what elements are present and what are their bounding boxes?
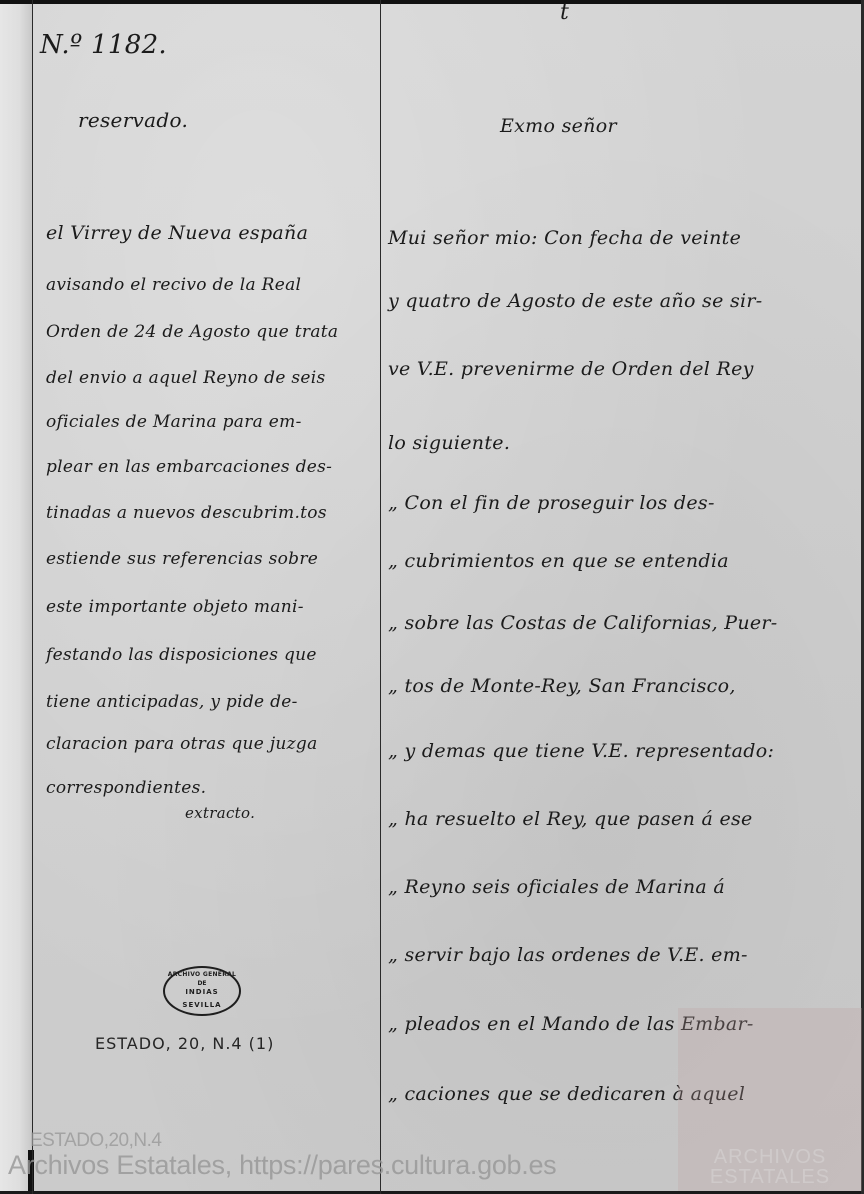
manuscript-page: N.º 1182. reservado. t el Virrey de Nuev… xyxy=(0,0,864,1194)
letter-line: „ y demas que tiene V.E. representado: xyxy=(388,740,774,762)
summary-line: oficiales de Marina para em- xyxy=(46,412,302,432)
summary-line: del envio a aquel Reyno de seis xyxy=(46,368,326,388)
folio-mark: t xyxy=(560,0,569,25)
document-number: N.º 1182. xyxy=(40,30,167,60)
page-top-edge xyxy=(0,0,864,4)
summary-line: claracion para otras que juzga xyxy=(46,734,318,754)
summary-line: correspondientes. xyxy=(46,778,206,798)
letter-line: ve V.E. prevenirme de Orden del Rey xyxy=(388,358,754,380)
stamp-line: INDIAS xyxy=(165,988,239,996)
summary-line: el Virrey de Nueva españa xyxy=(46,222,308,244)
summary-line: avisando el recivo de la Real xyxy=(46,275,301,295)
stamp-line: ARCHIVO GENERAL xyxy=(165,971,239,978)
letter-line: Mui señor mio: Con fecha de veinte xyxy=(388,227,741,249)
binding-margin xyxy=(0,0,32,1194)
archive-logo-watermark: ARCHIVOS ESTATALES xyxy=(678,1008,862,1191)
letter-line: „ ha resuelto el Rey, que pasen á ese xyxy=(388,808,753,830)
summary-line: Orden de 24 de Agosto que trata xyxy=(46,322,338,342)
summary-line: festando las disposiciones que xyxy=(46,645,317,665)
letter-line: y quatro de Agosto de este año se sir- xyxy=(388,290,763,312)
letter-line: „ sobre las Costas de Californias, Puer- xyxy=(388,612,778,634)
letter-line: „ servir bajo las ordenes de V.E. em- xyxy=(388,944,748,966)
summary-line: estiende sus referencias sobre xyxy=(46,549,318,569)
watermark-source: Archivos Estatales, https://pares.cultur… xyxy=(8,1150,556,1181)
summary-line: plear en las embarcaciones des- xyxy=(46,457,332,477)
letter-line: „ cubrimientos en que se entendia xyxy=(388,550,729,572)
logo-text: ARCHIVOS ESTATALES xyxy=(678,1147,862,1187)
letter-line: lo siguiente. xyxy=(388,432,510,454)
archive-reference: ESTADO, 20, N.4 (1) xyxy=(95,1034,274,1053)
column-divider-rule xyxy=(380,0,381,1194)
stamp-line: DE xyxy=(165,980,239,987)
summary-line: tiene anticipadas, y pide de- xyxy=(46,692,298,712)
left-margin-rule xyxy=(32,0,33,1194)
watermark-reference: ESTADO,20,N.4 xyxy=(30,1130,161,1152)
extract-label: extracto. xyxy=(185,804,255,822)
letter-line: „ tos de Monte-Rey, San Francisco, xyxy=(388,675,736,697)
letter-salutation: Exmo señor xyxy=(500,115,617,137)
stamp-line: SEVILLA xyxy=(165,1001,239,1009)
summary-line: este importante objeto mani- xyxy=(46,597,304,617)
letter-line: „ Con el fin de proseguir los des- xyxy=(388,492,715,514)
letter-line: „ Reyno seis oficiales de Marina á xyxy=(388,876,725,898)
summary-line: tinadas a nuevos descubrim.tos xyxy=(46,503,327,523)
archive-stamp: ARCHIVO GENERAL DE INDIAS SEVILLA xyxy=(163,966,241,1016)
reserved-label: reservado. xyxy=(78,108,188,132)
